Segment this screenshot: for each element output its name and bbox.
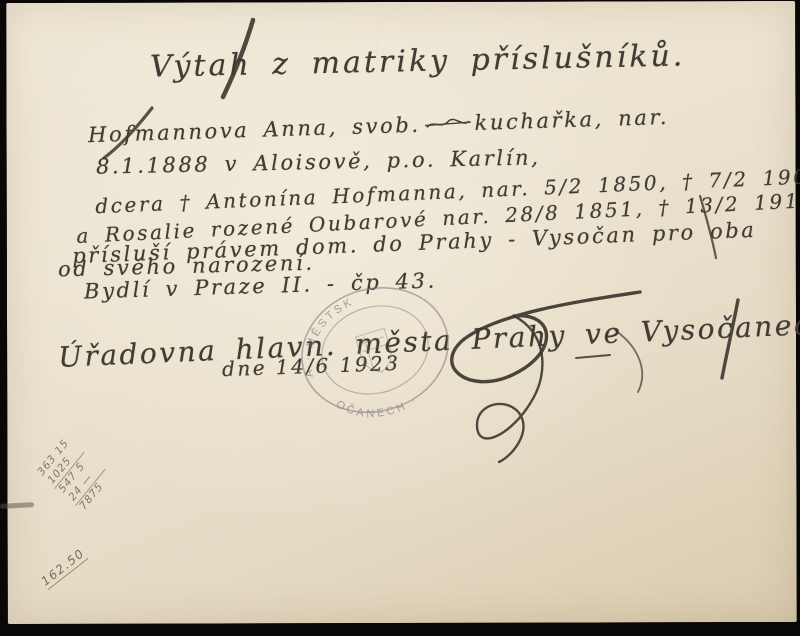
paper-sheet	[6, 1, 797, 624]
scanned-document-page: { "doc": { "title": "Výtah z matriky pří…	[0, 0, 800, 636]
strikethrough-scribble-icon	[424, 111, 471, 136]
